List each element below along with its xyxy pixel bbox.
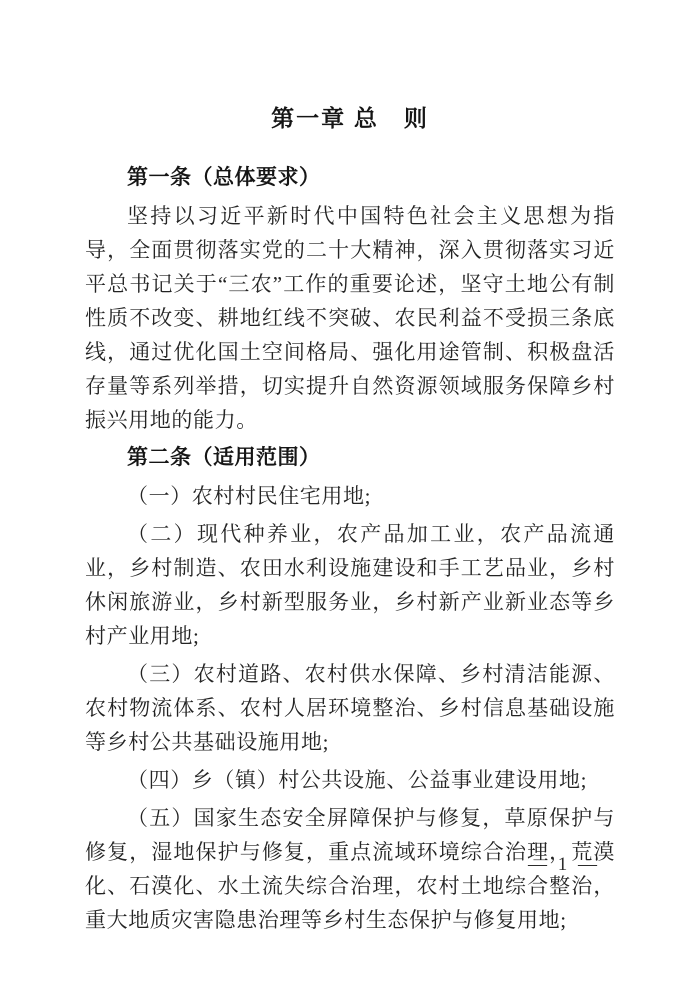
chapter-title: 第一章 总 则 bbox=[85, 104, 615, 134]
article-2-item-2: （二）现代种养业，农产品加工业，农产品流通业，乡村制造、农田水利设施建设和手工艺… bbox=[85, 517, 615, 653]
article-1-paragraph: 坚持以习近平新时代中国特色社会主义思想为指导，全面贯彻落实党的二十大精神，深入贯… bbox=[85, 199, 615, 437]
article-2-item-4: （四）乡（镇）村公共设施、公益事业建设用地; bbox=[85, 763, 615, 797]
article-2-heading: 第二条（适用范围） bbox=[85, 441, 615, 475]
document-page: 第一章 总 则 第一条（总体要求） 坚持以习近平新时代中国特色社会主义思想为指导… bbox=[0, 0, 700, 990]
article-2-item-1: （一）农村村民住宅用地; bbox=[85, 479, 615, 513]
article-1-heading: 第一条（总体要求） bbox=[85, 161, 615, 195]
page-number: — 1 — bbox=[528, 854, 600, 876]
article-2-item-3: （三）农村道路、农村供水保障、乡村清洁能源、农村物流体系、农村人居环境整治、乡村… bbox=[85, 657, 615, 759]
